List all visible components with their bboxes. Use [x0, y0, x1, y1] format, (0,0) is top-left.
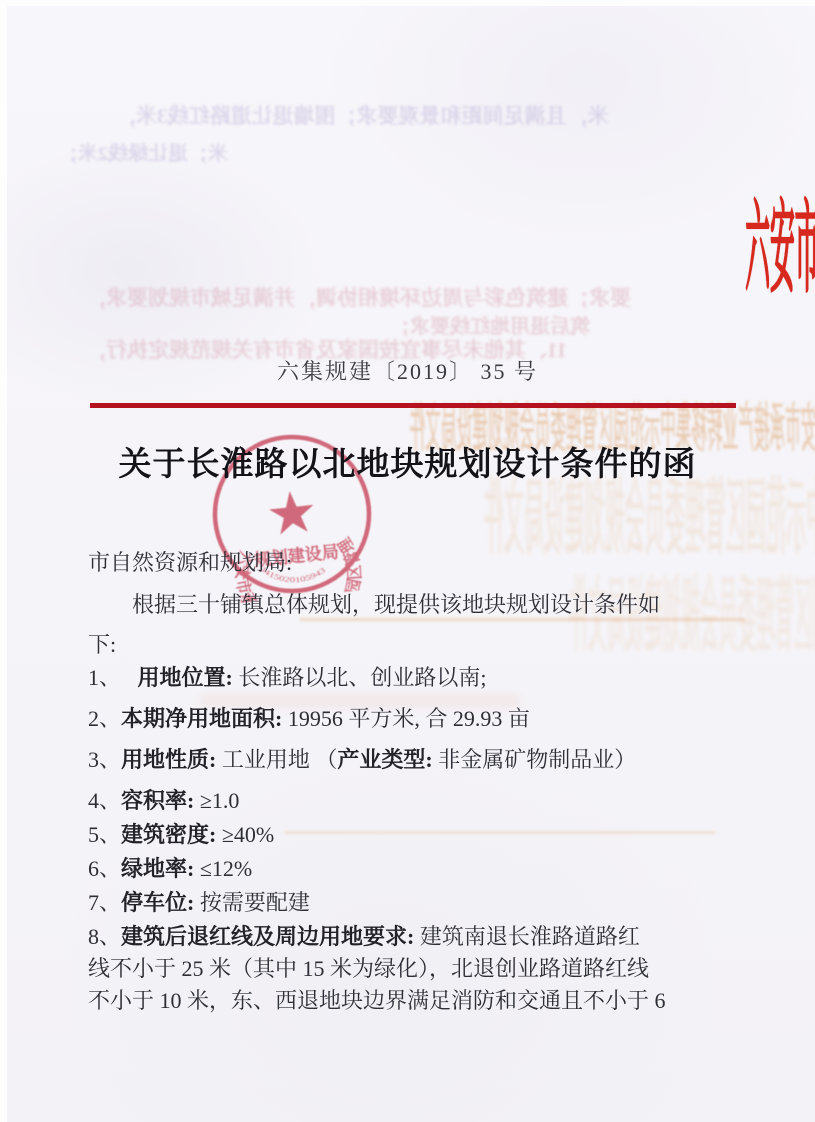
list-item: 6、绿地率: ≤12%	[88, 853, 752, 885]
intro-continuation: 下:	[88, 628, 116, 659]
star-icon: ★	[263, 478, 322, 548]
bleedthrough-text: 米，且满足间距和景观要求；围墙退让道路红线3米，	[115, 100, 609, 130]
list-item: 5、建筑密度: ≥40%	[88, 819, 752, 851]
list-item: 4、容积率: ≥1.0	[88, 785, 752, 817]
bleedthrough-text: 要求；建筑色彩与周边环境相协调，并满足城市规划要求，	[85, 282, 631, 312]
intro-paragraph: 根据三十铺镇总体规划，现提供该地块规划设计条件如	[88, 588, 752, 619]
agency-red-header: 六安市承接产业转移集中示范园区管理委员会规划建设局文件	[0, 166, 815, 281]
bleedthrough-text: 米；退让绿线2米；	[58, 137, 228, 166]
document-title: 关于长淮路以北地块规划设计条件的函	[0, 438, 815, 485]
list-item: 1、 用地位置: 长淮路以北、创业路以南;	[88, 662, 752, 694]
list-item: 2、本期净用地面积: 19956 平方米, 合 29.93 亩	[88, 703, 752, 735]
salutation: 市自然资源和规划局:	[88, 546, 292, 577]
document-number: 六集规建〔2019〕 35 号	[0, 355, 815, 386]
bleedthrough-text: 筑后退用地红线要求；	[390, 310, 590, 339]
list-item: 8、建筑后退红线及周边用地要求: 建筑南退长淮路道路红线不小于 25 米（其中 …	[88, 921, 752, 1017]
red-divider-line	[90, 403, 736, 408]
list-item: 3、用地性质: 工业用地 （产业类型: 非金属矿物制品业）	[88, 744, 752, 776]
items-list: 1、 用地位置: 长淮路以北、创业路以南;2、本期净用地面积: 19956 平方…	[88, 662, 752, 1019]
list-item: 7、停车位: 按需要配建	[88, 887, 752, 919]
scanned-document-page: 米，且满足间距和景观要求；围墙退让道路红线3米， 米；退让绿线2米； 要求；建筑…	[0, 0, 815, 1122]
agency-red-header-text: 六安市承接产业转移集中示范园区管理委员会规划建设局文件	[745, 166, 815, 312]
